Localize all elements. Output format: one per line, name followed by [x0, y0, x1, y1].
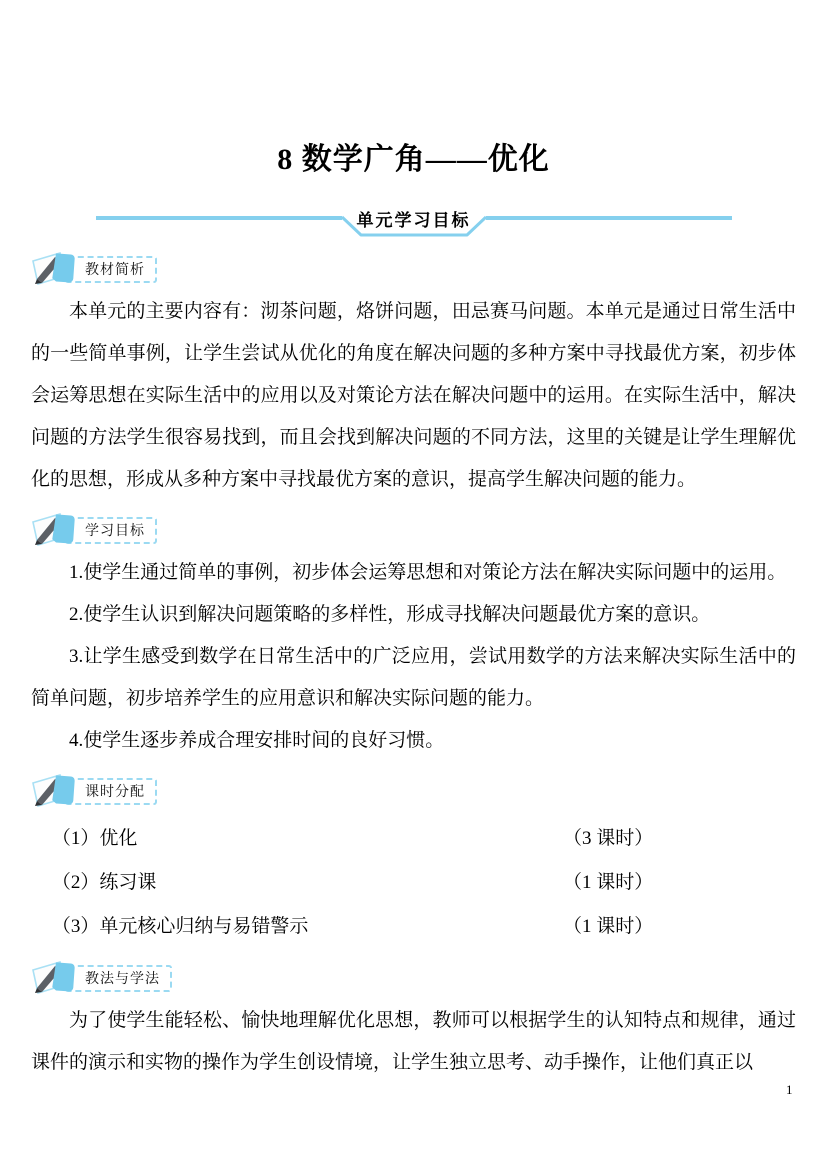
- allocation-name: （3）单元核心归纳与易错警示: [31, 905, 563, 949]
- section-badge: 教材简析: [31, 251, 796, 287]
- document-page: 8 数学广角——优化 单元学习目标 教材简析: [0, 0, 827, 1169]
- section-teaching-methods: 教法与学法 为了使学生能轻松、愉快地理解优化思想，教师可以根据学生的认知特点和规…: [31, 960, 796, 1084]
- pen-book-icon: [31, 251, 79, 287]
- section-badge: 教法与学法: [31, 960, 796, 996]
- section-banner: 单元学习目标: [94, 200, 734, 240]
- allocation-row: （3）单元核心归纳与易错警示 （1 课时）: [31, 905, 796, 949]
- body-paragraph: 为了使学生能轻松、愉快地理解优化思想，教师可以根据学生的认知特点和规律，通过课件…: [31, 1000, 796, 1084]
- pen-book-icon: [31, 960, 79, 996]
- allocation-hours: （1 课时）: [563, 861, 796, 905]
- allocation-list: （1）优化 （3 课时） （2）练习课 （1 课时） （3）单元核心归纳与易错警…: [31, 817, 796, 949]
- goal-item: 3.让学生感受到数学在日常生活中的广泛应用，尝试用数学的方法来解决实际生活中的简…: [31, 636, 796, 720]
- section-textbook-analysis: 教材简析 本单元的主要内容有：沏茶问题，烙饼问题，田忌赛马问题。本单元是通过日常…: [31, 251, 796, 501]
- goal-item: 2.使学生认识到解决问题策略的多样性，形成寻找解决问题最优方案的意识。: [31, 594, 796, 636]
- section-learning-goals: 学习目标 1.使学生通过简单的事例，初步体会运筹思想和对策论方法在解决实际问题中…: [31, 512, 796, 762]
- section-badge: 学习目标: [31, 512, 796, 548]
- page-title: 8 数学广角——优化: [0, 140, 827, 180]
- allocation-name: （2）练习课: [31, 861, 563, 905]
- section-badge: 课时分配: [31, 773, 796, 809]
- page-content: 教材简析 本单元的主要内容有：沏茶问题，烙饼问题，田忌赛马问题。本单元是通过日常…: [31, 251, 796, 1084]
- allocation-row: （1）优化 （3 课时）: [31, 817, 796, 861]
- body-paragraph: 本单元的主要内容有：沏茶问题，烙饼问题，田忌赛马问题。本单元是通过日常生活中的一…: [31, 291, 796, 501]
- allocation-hours: （1 课时）: [563, 905, 796, 949]
- page-number: 1: [786, 1082, 793, 1098]
- goal-item: 1.使学生通过简单的事例，初步体会运筹思想和对策论方法在解决实际问题中的运用。: [31, 552, 796, 594]
- goal-item: 4.使学生逐步养成合理安排时间的良好习惯。: [31, 720, 796, 762]
- allocation-hours: （3 课时）: [563, 817, 796, 861]
- allocation-name: （1）优化: [31, 817, 563, 861]
- pen-book-icon: [31, 512, 79, 548]
- section-badge-label: 教法与学法: [65, 965, 172, 992]
- section-lesson-allocation: 课时分配 （1）优化 （3 课时） （2）练习课 （1 课时） （3）单元核心归…: [31, 773, 796, 949]
- pen-book-icon: [31, 773, 79, 809]
- allocation-row: （2）练习课 （1 课时）: [31, 861, 796, 905]
- banner-title: 单元学习目标: [357, 206, 471, 231]
